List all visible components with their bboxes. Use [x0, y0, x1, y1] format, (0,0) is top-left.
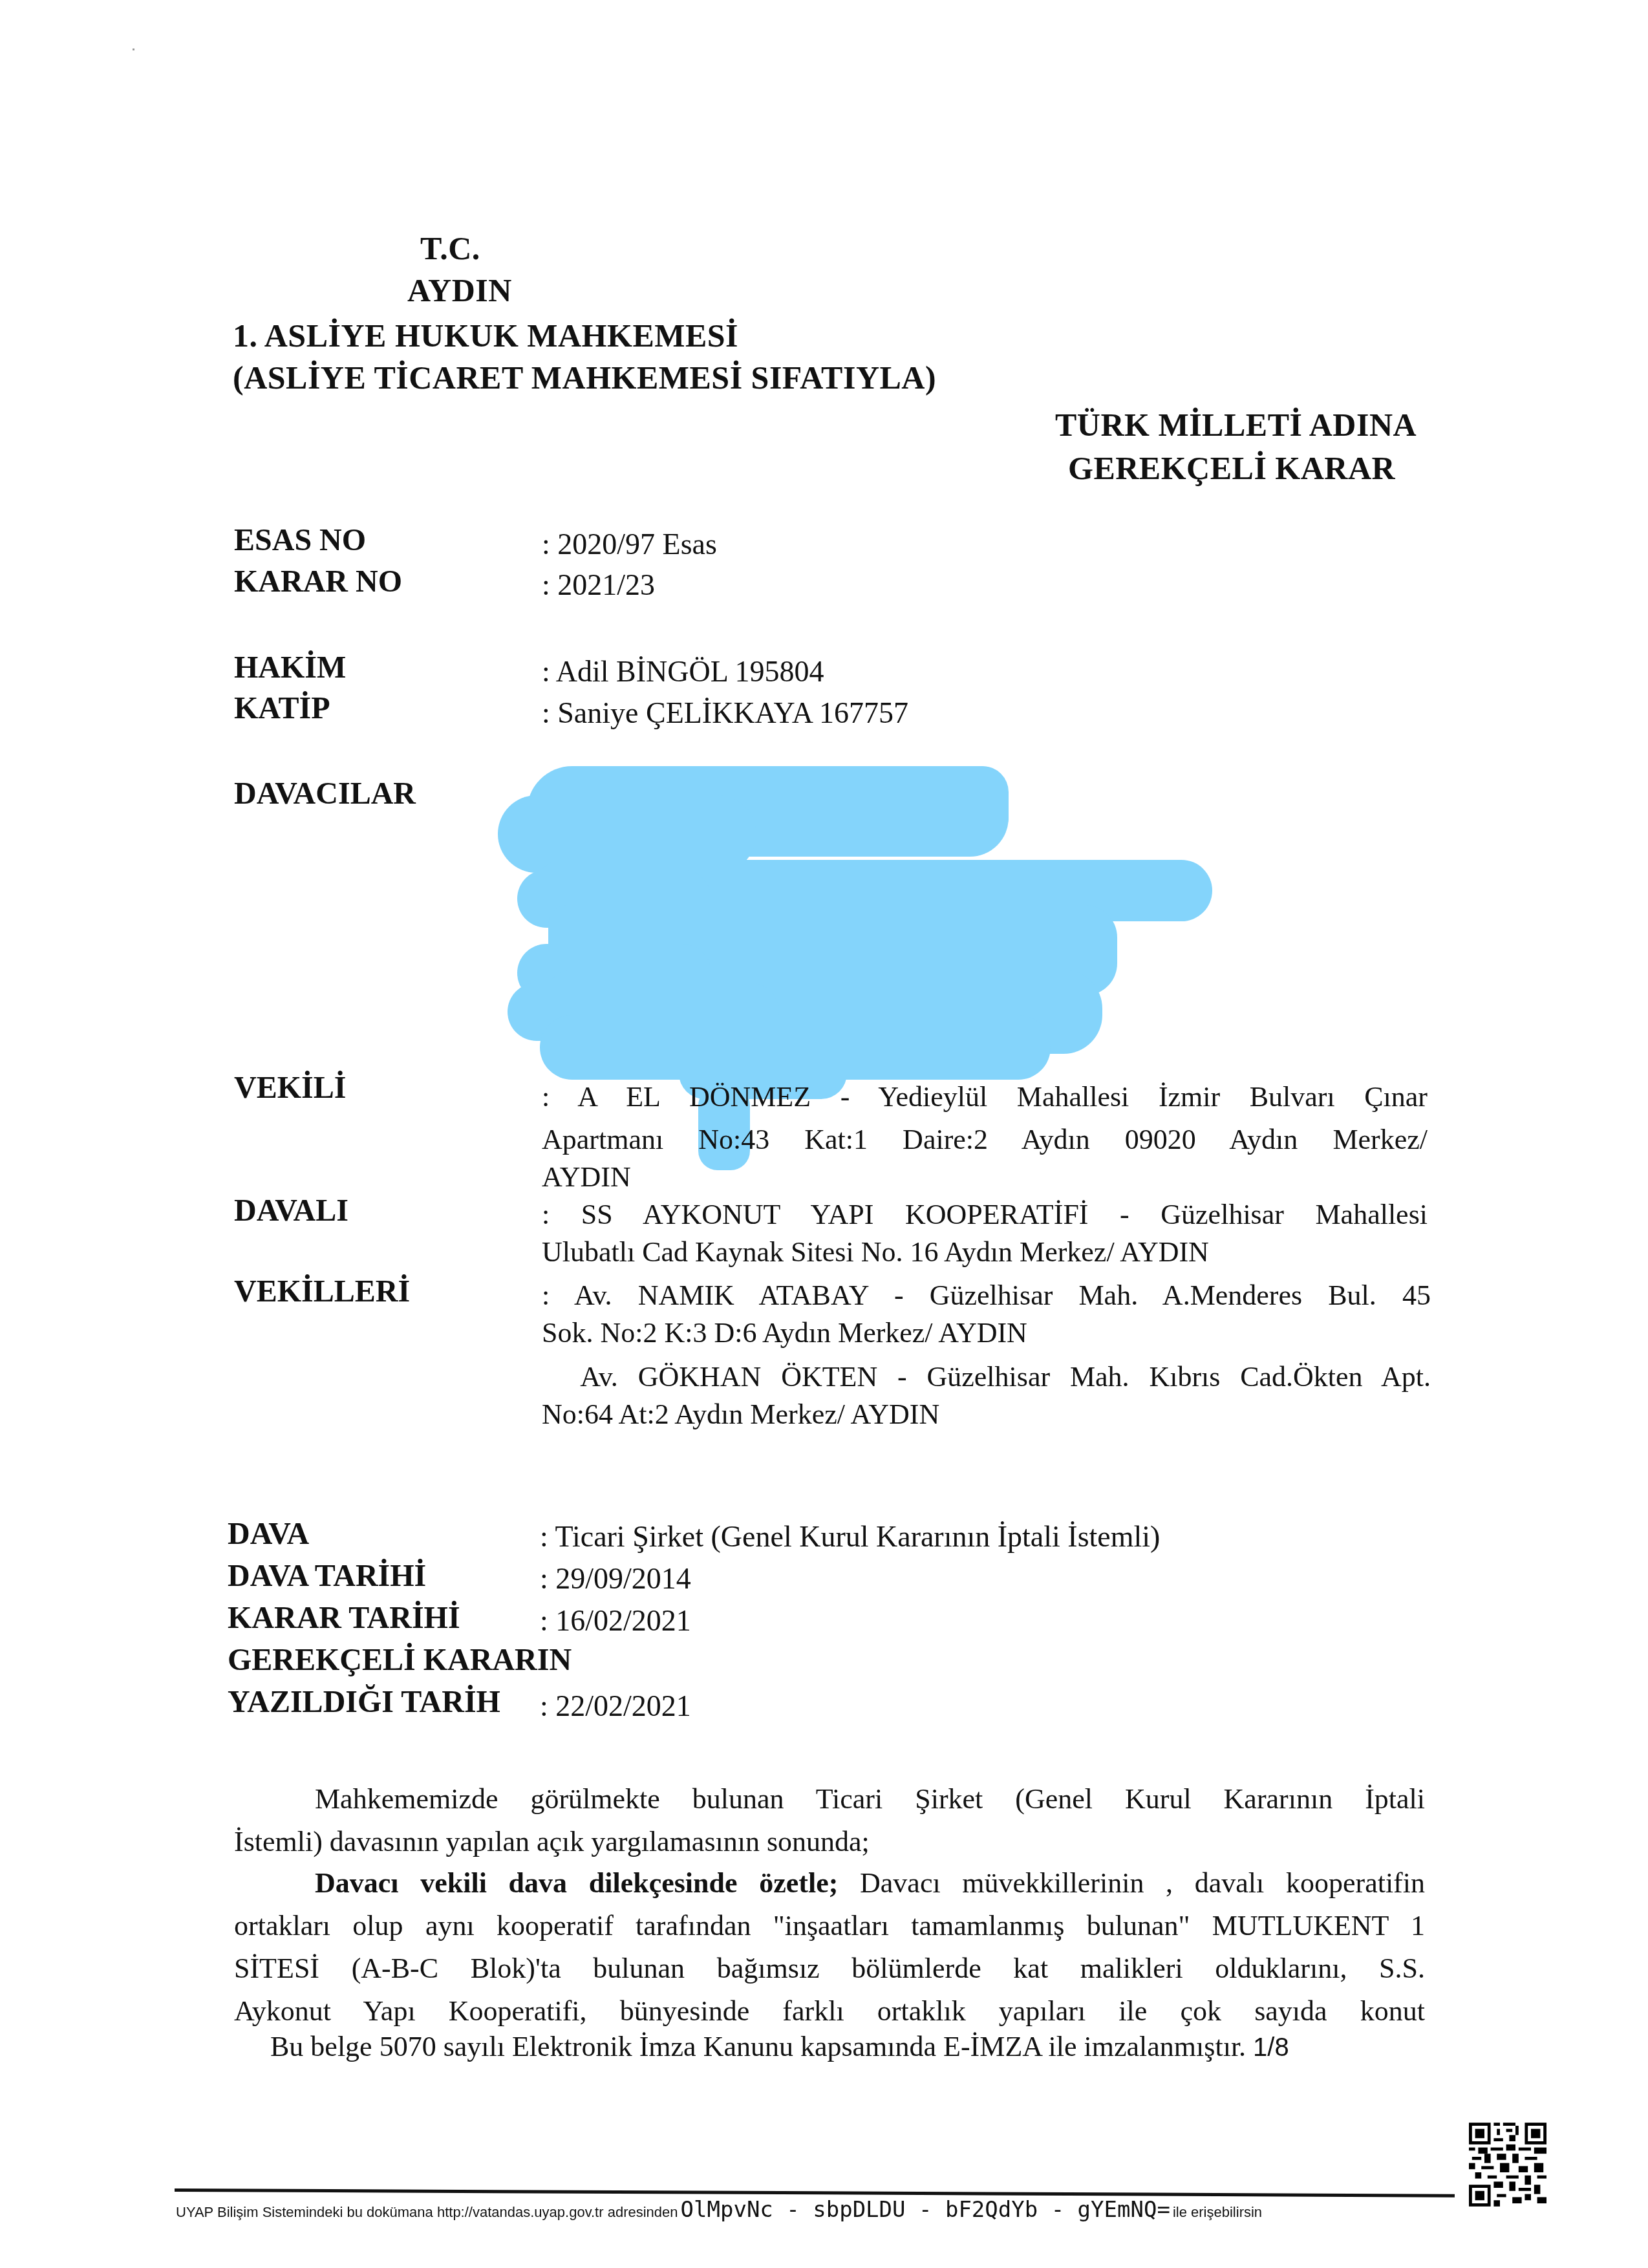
dava-label: DAVA [228, 1516, 309, 1552]
karar-no-label: KARAR NO [234, 564, 402, 599]
body-paragraph-1: Mahkememizde görülmekte bulunan Ticari Ş… [234, 1778, 1425, 1863]
esas-no-value: : 2020/97 Esas [542, 527, 717, 561]
esas-no-label: ESAS NO [234, 522, 366, 558]
header-city: AYDIN [407, 272, 512, 309]
body-line: SİTESİ (A-B-C Blok)'ta bulunan bağımsız … [234, 1947, 1425, 1990]
gerekceli-karar-label: GEREKÇELİ KARARIN [228, 1642, 572, 1678]
katip-label: KATİP [234, 690, 330, 726]
body-line: Davacı vekili dava dilekçesinde özetle; … [234, 1862, 1425, 1905]
hakim-value: : Adil BİNGÖL 195804 [542, 654, 824, 689]
vekilleri-line: Sok. No:2 K:3 D:6 Aydın Merkez/ AYDIN [542, 1314, 1431, 1352]
footer-divider [175, 2188, 1455, 2198]
body-line: İstemli) davasının yapılan açık yargılam… [234, 1821, 1425, 1863]
vekili-line: AYDIN [542, 1161, 1428, 1193]
body-line: Mahkememizde görülmekte bulunan Ticari Ş… [234, 1778, 1425, 1821]
davali-line: Ulubatlı Cad Kaynak Sitesi No. 16 Aydın … [542, 1234, 1428, 1271]
uyap-suffix: ile erişebilirsin [1173, 2204, 1262, 2220]
qr-code-icon [1469, 2122, 1546, 2207]
vekilleri-line: : Av. NAMIK ATABAY - Güzelhisar Mah. A.M… [542, 1277, 1431, 1314]
dava-value: : Ticari Şirket (Genel Kurul Kararının İ… [540, 1519, 1160, 1554]
vekili-line: Apartmanı No:43 Kat:1 Daire:2 Aydın 0902… [542, 1118, 1428, 1161]
davali-line: : SS AYKONUT YAPI KOOPERATİFİ - Güzelhis… [542, 1196, 1428, 1234]
dava-tarihi-label: DAVA TARİHİ [228, 1558, 426, 1594]
davali-value: : SS AYKONUT YAPI KOOPERATİFİ - Güzelhis… [542, 1196, 1428, 1271]
vekilleri-line: Av. GÖKHAN ÖKTEN - Güzelhisar Mah. Kıbrı… [542, 1358, 1431, 1396]
bold-lead: Davacı vekili dava dilekçesinde özetle; [315, 1867, 838, 1899]
karar-tarihi-label: KARAR TARİHİ [228, 1600, 460, 1636]
hakim-label: HAKİM [234, 650, 346, 685]
body-line: Aykonut Yapı Kooperatifi, bünyesinde far… [234, 1990, 1425, 2033]
vekili-line: : A EL DÖNMEZ - Yedieylül Mahallesi İzmi… [542, 1076, 1428, 1118]
scan-speck [133, 48, 134, 50]
yazildigi-tarih-label: YAZILDIĞI TARİH [228, 1684, 500, 1720]
yazildigi-tarih-value: : 22/02/2021 [540, 1689, 691, 1723]
vekilleri-value: : Av. NAMIK ATABAY - Güzelhisar Mah. A.M… [542, 1277, 1431, 1433]
access-code: OlMpvNc - sbpDLDU - bF2QdYb - gYEmNQ= [681, 2197, 1170, 2223]
page-number: 1/8 [1253, 2033, 1289, 2062]
uyap-prefix: UYAP Bilişim Sistemindeki bu dokümana ht… [176, 2204, 678, 2220]
katip-value: : Saniye ÇELİKKAYA 167757 [542, 696, 908, 730]
uyap-access-note: UYAP Bilişim Sistemindeki bu dokümana ht… [176, 2197, 1262, 2223]
header-court: 1. ASLİYE HUKUK MAHKEMESİ [233, 317, 738, 354]
body-text: Davacı müvekkillerinin , davalı kooperat… [838, 1867, 1425, 1899]
esign-note: Bu belge 5070 sayılı Elektronik İmza Kan… [270, 2030, 1289, 2063]
karar-tarihi-value: : 16/02/2021 [540, 1603, 691, 1638]
body-line: ortakları olup aynı kooperatif tarafında… [234, 1905, 1425, 1947]
dava-tarihi-value: : 29/09/2014 [540, 1561, 691, 1596]
esign-text: Bu belge 5070 sayılı Elektronik İmza Kan… [270, 2031, 1246, 2062]
body-paragraph-2: Davacı vekili dava dilekçesinde özetle; … [234, 1862, 1425, 2033]
vekili-label: VEKİLİ [234, 1070, 346, 1106]
vekili-value: : A EL DÖNMEZ - Yedieylül Mahallesi İzmi… [542, 1076, 1428, 1193]
davali-label: DAVALI [234, 1193, 348, 1228]
document-title: GEREKÇELİ KARAR [1068, 449, 1395, 487]
header-tc: T.C. [420, 230, 480, 267]
vekilleri-line: No:64 At:2 Aydın Merkez/ AYDIN [542, 1396, 1431, 1433]
davacilar-label: DAVACILAR [234, 776, 416, 811]
header-court-capacity: (ASLİYE TİCARET MAHKEMESİ SIFATIYLA) [233, 359, 936, 396]
header-nation: TÜRK MİLLETİ ADINA [1055, 406, 1417, 444]
vekilleri-label: VEKİLLERİ [234, 1274, 410, 1309]
karar-no-value: : 2021/23 [542, 568, 655, 602]
